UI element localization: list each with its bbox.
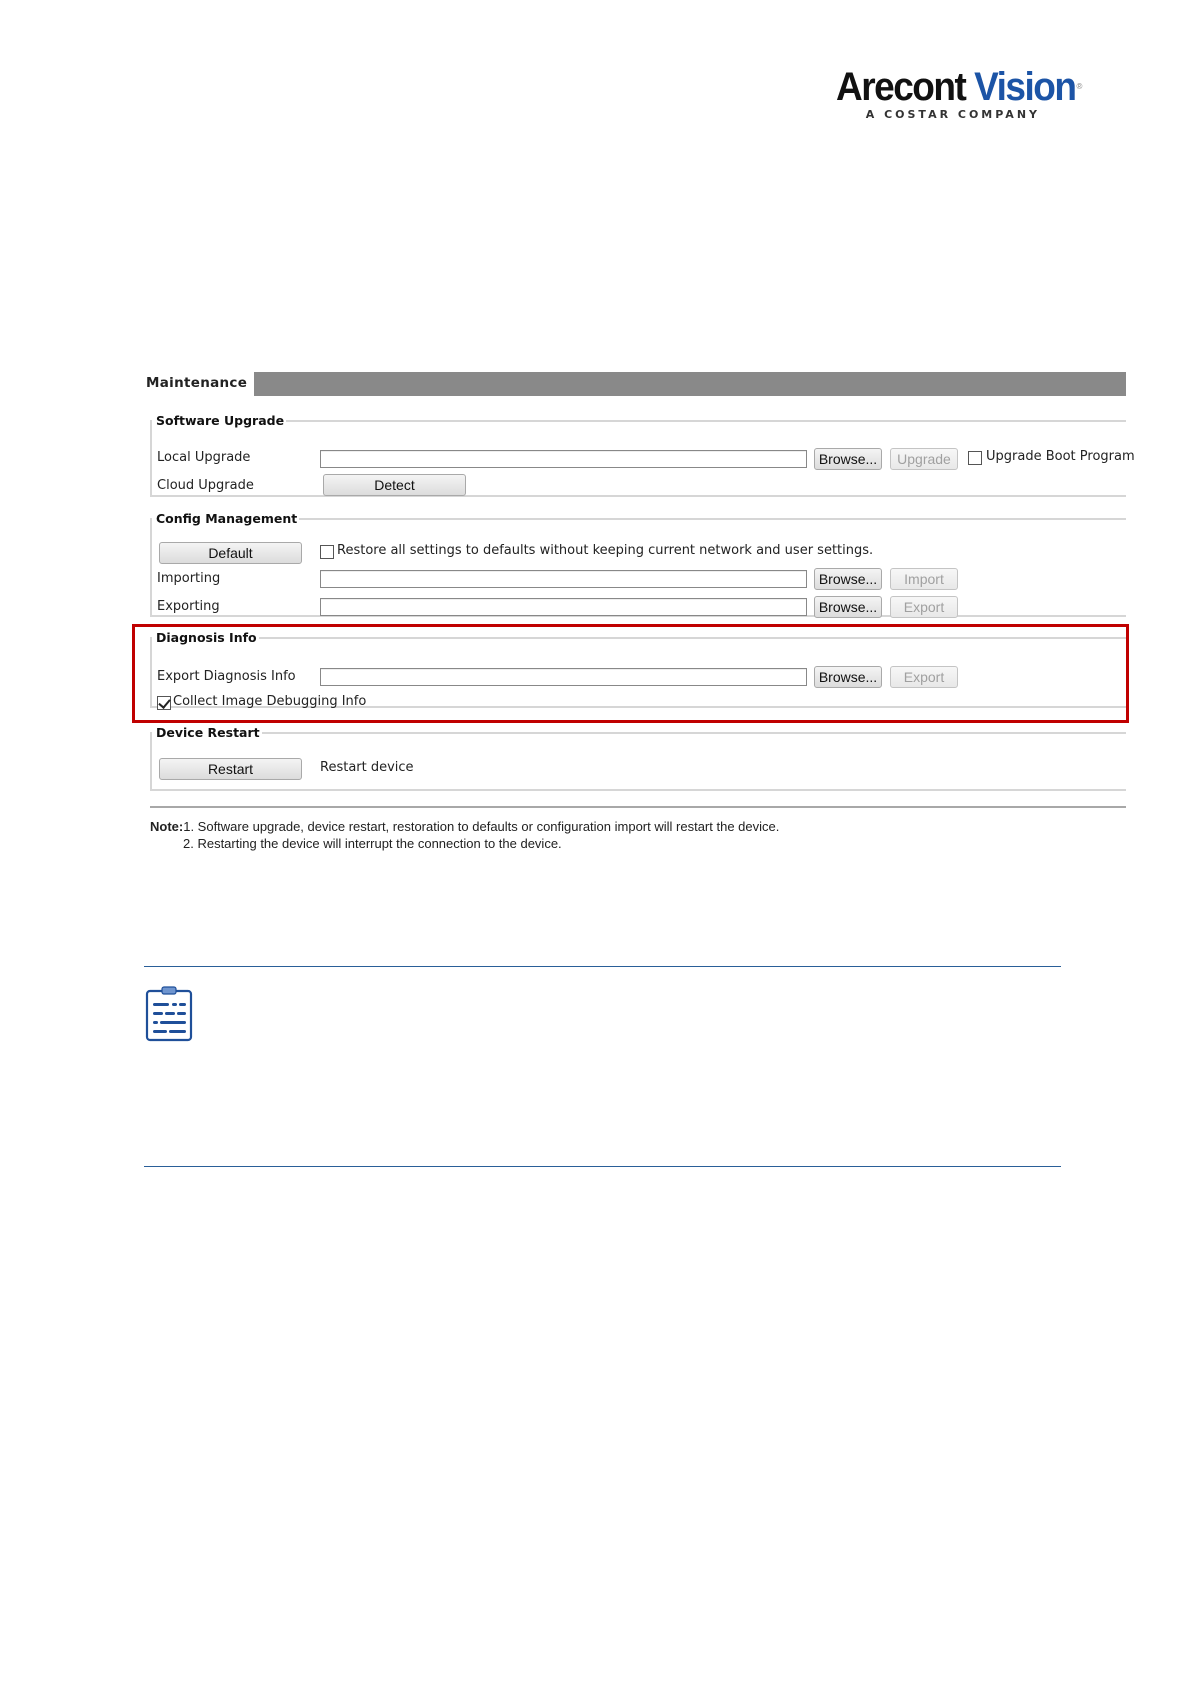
upgrade-boot-program-checkbox[interactable] xyxy=(968,451,982,465)
local-upgrade-browse-button[interactable]: Browse... xyxy=(814,448,882,470)
export-browse-button[interactable]: Browse... xyxy=(814,596,882,618)
maintenance-panel: Maintenance Software Upgrade Local Upgra… xyxy=(146,372,1126,852)
brand-tagline: A COSTAR COMPANY xyxy=(836,108,1056,121)
brand-wordmark: Arecont Vision® xyxy=(836,66,1056,107)
brand-word-arecont: Arecont xyxy=(836,64,965,108)
note-prefix: Note: xyxy=(150,819,183,834)
export-config-button[interactable]: Export xyxy=(890,596,958,618)
section-title: Software Upgrade xyxy=(152,413,286,428)
restore-defaults-checkbox[interactable] xyxy=(320,545,334,559)
cloud-upgrade-label: Cloud Upgrade xyxy=(157,478,254,493)
brand-logo: Arecont Vision® A COSTAR COMPANY xyxy=(836,68,1056,121)
import-button[interactable]: Import xyxy=(890,568,958,590)
maintenance-header: Maintenance xyxy=(146,372,1126,396)
title-bar xyxy=(254,372,1126,396)
export-file-input[interactable] xyxy=(320,598,807,616)
exporting-label: Exporting xyxy=(157,599,220,614)
maintenance-note: Note:1. Software upgrade, device restart… xyxy=(150,818,779,852)
note-box-bottom-rule xyxy=(144,1166,1061,1167)
local-upgrade-label: Local Upgrade xyxy=(157,450,250,465)
detect-button[interactable]: Detect xyxy=(323,474,466,496)
note-box-top-rule xyxy=(144,966,1061,967)
restart-description: Restart device xyxy=(320,760,414,775)
restart-button[interactable]: Restart xyxy=(159,758,302,780)
brand-word-vision: Vision xyxy=(974,64,1075,108)
import-file-input[interactable] xyxy=(320,570,807,588)
section-title: Config Management xyxy=(152,511,299,526)
registered-mark: ® xyxy=(1076,82,1080,92)
importing-label: Importing xyxy=(157,571,220,586)
section-title: Device Restart xyxy=(152,725,262,740)
page-title: Maintenance xyxy=(146,375,247,391)
upgrade-button[interactable]: Upgrade xyxy=(890,448,958,470)
note-line-1: 1. Software upgrade, device restart, res… xyxy=(183,819,779,834)
divider xyxy=(150,806,1126,808)
local-upgrade-file-input[interactable] xyxy=(320,450,807,468)
import-browse-button[interactable]: Browse... xyxy=(814,568,882,590)
upgrade-boot-program-label: Upgrade Boot Program xyxy=(986,449,1135,464)
default-button[interactable]: Default xyxy=(159,542,302,564)
restore-defaults-label: Restore all settings to defaults without… xyxy=(337,543,873,558)
clipboard-note-icon xyxy=(145,986,195,1042)
note-line-2: 2. Restarting the device will interrupt … xyxy=(150,835,779,852)
diagnosis-info-highlight xyxy=(132,624,1129,723)
